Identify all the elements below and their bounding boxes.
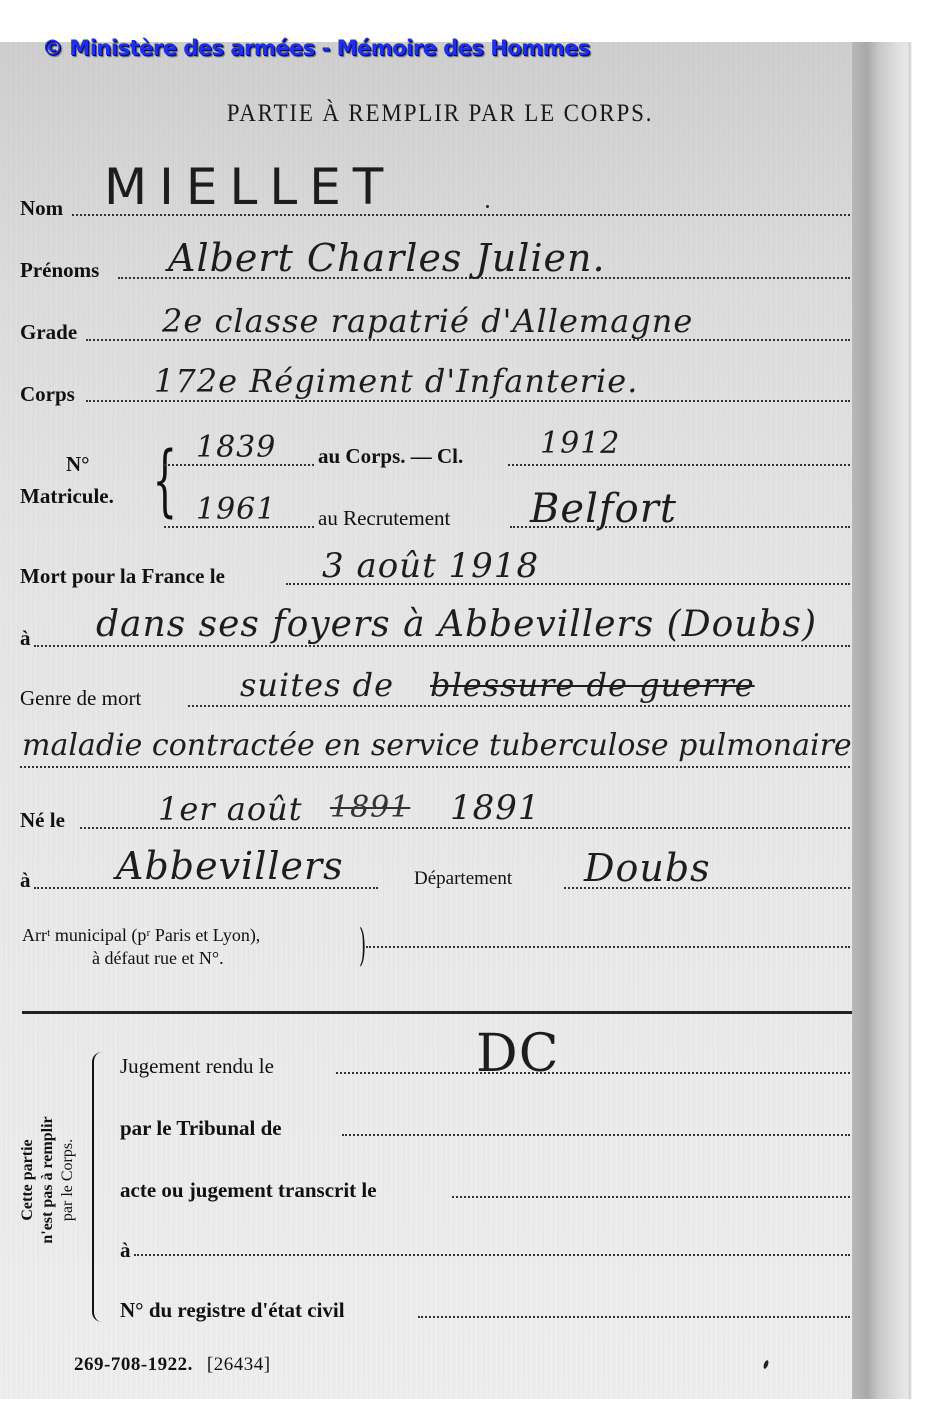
matricule-recrutement-number: 1961 <box>196 492 276 527</box>
lieu-naissance-label: à <box>20 868 31 893</box>
matricule-corps-number: 1839 <box>196 430 276 465</box>
grade-label: Grade <box>20 320 77 345</box>
genre-mort-line2-dotted-line <box>20 766 850 768</box>
genre-mort-value-prefix: suites de <box>240 666 394 704</box>
grade-value: 2e classe rapatrié d'Allemagne <box>162 302 693 340</box>
a-dotted-line <box>134 1254 850 1256</box>
jugement-value: DC <box>476 1024 559 1084</box>
lieu-mort-value: dans ses foyers à Abbevillers (Doubs) <box>96 604 817 645</box>
print-ref: [26434] <box>207 1354 271 1375</box>
nom-label: Nom <box>20 196 63 221</box>
prenoms-label: Prénoms <box>20 258 99 283</box>
naissance-label: Né le <box>20 808 65 833</box>
side-note-line3: par le Corps. <box>58 1080 78 1280</box>
tribunal-dotted-line <box>342 1134 850 1136</box>
matricule-classe: 1912 <box>540 426 620 461</box>
copyright-watermark: © Ministère des armées - Mémoire des Hom… <box>42 36 590 60</box>
tribunal-label: par le Tribunal de <box>120 1116 282 1141</box>
print-footer: 269-708-1922.[26434] <box>74 1354 271 1376</box>
corps-label: Corps <box>20 382 75 407</box>
genre-mort-dotted-line <box>188 705 850 707</box>
naissance-year-struck: 1891 <box>330 790 410 825</box>
side-note-line1: Cette partie <box>18 1080 38 1280</box>
registre-dotted-line <box>418 1316 850 1318</box>
naissance-day-month: 1er août <box>158 790 303 828</box>
matricule-label: Matricule. <box>20 484 114 509</box>
registre-label: N° du registre d'état civil <box>120 1298 345 1323</box>
departement-value: Doubs <box>584 846 711 890</box>
lieu-mort-dotted-line <box>34 645 850 647</box>
genre-mort-label: Genre de mort <box>20 686 141 711</box>
matricule-label-no: N° <box>66 452 90 477</box>
arrondissement-dotted-line <box>366 946 850 948</box>
matricule-classe-dotted-line <box>508 464 850 466</box>
corps-dotted-line <box>86 400 850 402</box>
paper-edge-shadow <box>852 42 912 1399</box>
mort-label: Mort pour la France le <box>20 564 225 589</box>
side-note-line2: n'est pas à remplir <box>38 1080 58 1280</box>
lower-section-brace <box>92 1052 108 1322</box>
corps-value: 172e Régiment d'Infanterie. <box>154 362 638 400</box>
genre-mort-value-line2: maladie contractée en service tuberculos… <box>22 728 852 763</box>
transcrit-dotted-line <box>452 1196 850 1198</box>
matricule-recrutement-value: Belfort <box>530 486 677 532</box>
form-heading: PARTIE À REMPLIR PAR LE CORPS. <box>35 100 845 128</box>
departement-label: Département <box>414 868 512 890</box>
genre-mort-value-struck: blessure de guerre <box>430 666 755 704</box>
lieu-mort-label: à <box>20 626 31 651</box>
mort-value: 3 août 1918 <box>322 546 539 586</box>
lieu-naissance-value: Abbevillers <box>116 844 344 888</box>
jugement-dotted-line <box>336 1072 850 1074</box>
arrondissement-label-line1: Arrᵗ municipal (pʳ Paris et Lyon), <box>22 925 260 946</box>
nom-value: MIELLET <box>104 158 395 216</box>
transcrit-label: acte ou jugement transcrit le <box>120 1178 377 1203</box>
ink-speck <box>486 205 489 208</box>
naissance-year: 1891 <box>450 788 541 828</box>
print-code: 269-708-1922. <box>74 1354 193 1375</box>
matricule-corps-label: au Corps. — Cl. <box>318 444 463 469</box>
matricule-brace: { <box>152 436 177 526</box>
jugement-label: Jugement rendu le <box>120 1054 274 1079</box>
a-label: à <box>120 1238 131 1263</box>
prenoms-value: Albert Charles Julien. <box>168 236 606 280</box>
arrondissement-label-line2: à défaut rue et N°. <box>92 948 224 969</box>
side-note: Cette partie n'est pas à remplir par le … <box>18 1080 78 1280</box>
matricule-recrutement-label: au Recrutement <box>318 506 450 531</box>
arrondissement-brace: ) <box>359 920 366 971</box>
section-divider <box>22 1011 852 1014</box>
